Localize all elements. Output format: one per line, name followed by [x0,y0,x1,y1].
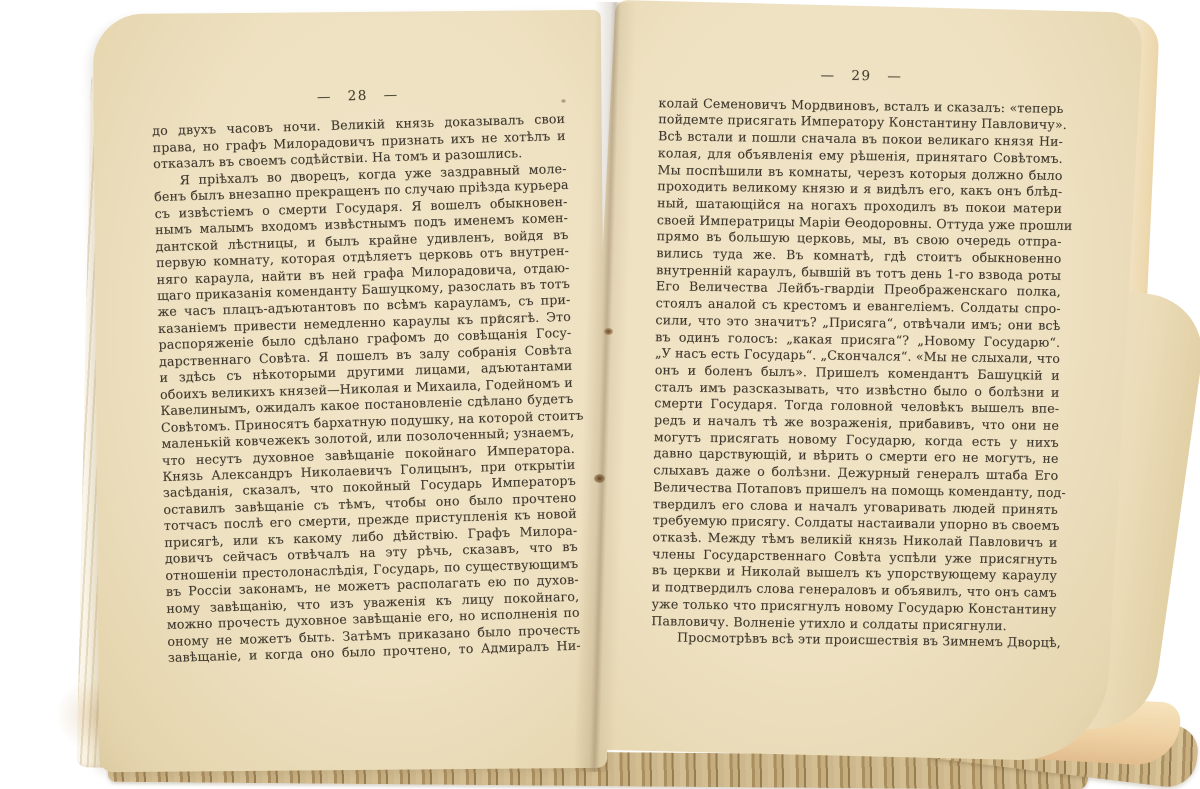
left-page-body: до двухъ часовъ ночи. Великій князь дока… [152,111,581,666]
book-photo: — 28 — до двухъ часовъ ночи. Великій кня… [0,0,1200,789]
foxing-spot [594,474,605,483]
right-page-body: колай Семеновичъ Мордвиновъ, всталъ и ск… [651,95,1064,652]
left-page-text: — 28 — до двухъ часовъ ночи. Великій кня… [151,82,581,666]
foxing-spot [604,328,613,335]
right-page-text: — 29 — колай Семеновичъ Мордвиновъ, вста… [651,65,1064,652]
